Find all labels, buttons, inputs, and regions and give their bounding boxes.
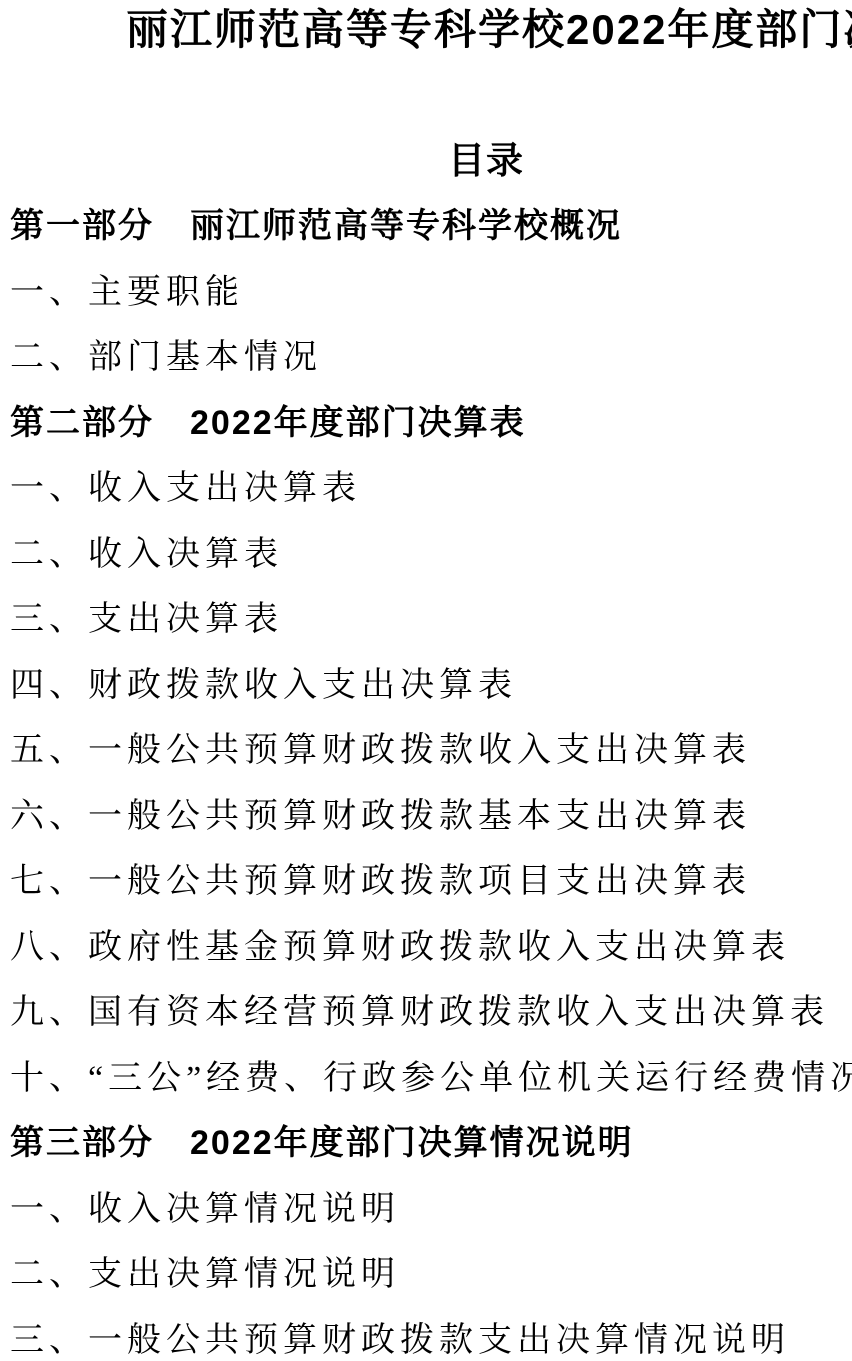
toc-entry-label: 二、支出决算情况说明: [10, 1246, 400, 1295]
toc-entry: 一、收入决算情况说明: [0, 1172, 852, 1238]
toc-entry-label: 三、支出决算表: [10, 591, 283, 640]
toc-entry-label: 第一部分 丽江师范高等专科学校概况: [10, 198, 622, 247]
toc-entry: 第二部分 2022年度部门决算表: [0, 386, 852, 452]
toc-entry-label: 七、一般公共预算财政拨款项目支出决算表: [10, 853, 751, 902]
toc-entry: 二、支出决算情况说明: [0, 1238, 852, 1304]
document-page: 丽江师范高等专科学校2022年度部门决算 目录 第一部分 丽江师范高等专科学校概…: [0, 5, 852, 1361]
toc-entry-label: 八、政府性基金预算财政拨款收入支出决算表: [10, 919, 790, 968]
toc-entry: 五、一般公共预算财政拨款收入支出决算表: [0, 714, 852, 780]
toc-entry-label: 三、一般公共预算财政拨款支出决算情况说明: [10, 1312, 790, 1361]
toc-list: 第一部分 丽江师范高等专科学校概况 一、主要职能 二、部门基本情况 第二部分 2…: [0, 190, 852, 1361]
toc-entry-label: 二、部门基本情况: [10, 329, 322, 378]
toc-entry: 第三部分 2022年度部门决算情况说明: [0, 1107, 852, 1173]
toc-entry: 十、“三公”经费、行政参公单位机关运行经费情况表: [0, 1041, 852, 1107]
toc-entry-label: 一、收入支出决算表: [10, 460, 361, 509]
toc-entry-label: 第二部分 2022年度部门决算表: [10, 395, 526, 444]
toc-entry: 一、收入支出决算表: [0, 452, 852, 518]
toc-entry-label: 四、财政拨款收入支出决算表: [10, 657, 517, 706]
toc-entry-label: 一、主要职能: [10, 264, 244, 313]
toc-entry-label: 九、国有资本经营预算财政拨款收入支出决算表: [10, 984, 829, 1033]
document-title: 丽江师范高等专科学校2022年度部门决算: [126, 5, 852, 55]
toc-entry-label: 一、收入决算情况说明: [10, 1181, 400, 1230]
toc-entry-label: 六、一般公共预算财政拨款基本支出决算表: [10, 788, 751, 837]
toc-entry: 三、支出决算表: [0, 583, 852, 649]
toc-entry: 七、一般公共预算财政拨款项目支出决算表: [0, 845, 852, 911]
toc-entry: 九、国有资本经营预算财政拨款收入支出决算表: [0, 976, 852, 1042]
toc-entry-label: 十、“三公”经费、行政参公单位机关运行经费情况表: [10, 1050, 852, 1099]
toc-entry: 二、收入决算表: [0, 517, 852, 583]
toc-entry: 六、一般公共预算财政拨款基本支出决算表: [0, 779, 852, 845]
toc-entry: 三、一般公共预算财政拨款支出决算情况说明: [0, 1303, 852, 1361]
toc-entry: 一、主要职能: [0, 255, 852, 321]
toc-entry-label: 第三部分 2022年度部门决算情况说明: [10, 1115, 634, 1164]
toc-heading: 目录: [448, 139, 852, 183]
toc-entry: 四、财政拨款收入支出决算表: [0, 648, 852, 714]
toc-entry: 第一部分 丽江师范高等专科学校概况: [0, 190, 852, 256]
toc-entry: 二、部门基本情况: [0, 321, 852, 387]
toc-entry: 八、政府性基金预算财政拨款收入支出决算表: [0, 910, 852, 976]
toc-entry-label: 五、一般公共预算财政拨款收入支出决算表: [10, 722, 751, 771]
toc-entry-label: 二、收入决算表: [10, 526, 283, 575]
